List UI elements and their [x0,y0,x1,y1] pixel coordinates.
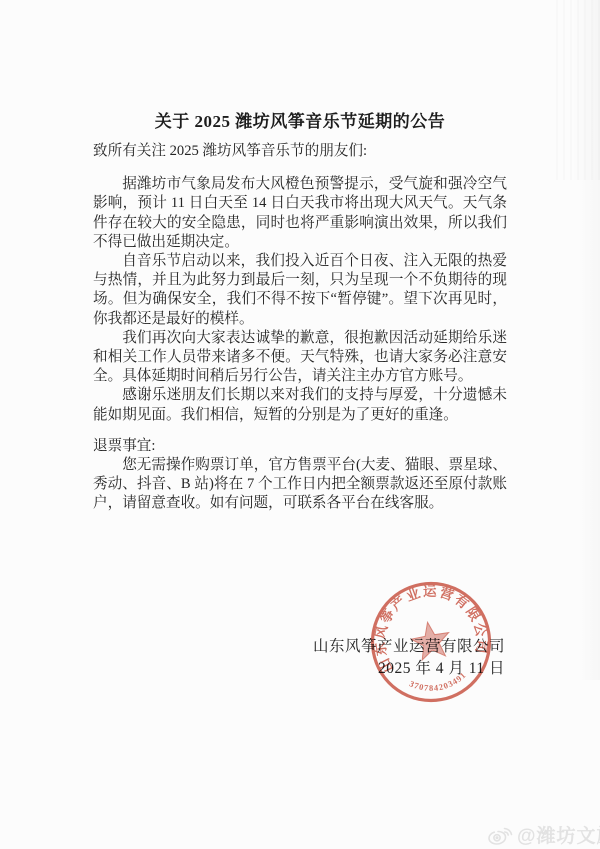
paragraph: 据潍坊市气象局发布大风橙色预警提示，受气旋和强冷空气影响，预计 11 日白天至 … [93,175,507,252]
refund-body: 您无需操作购票订单，官方售票平台(大麦、猫眼、票星球、秀动、抖音、B 站)将在 … [93,456,507,514]
document-title: 关于 2025 潍坊风筝音乐节延期的公告 [0,107,600,132]
paragraph: 我们再次向大家表达诚挚的歉意，很抱歉因活动延期给乐迷和相关工作人员带来诸多不便。… [93,329,507,387]
scanned-document-page: 关于 2025 潍坊风筝音乐节延期的公告 致所有关注 2025 潍坊风筝音乐节的… [0,0,600,849]
watermark-handle: @潍坊文旅 [517,821,600,848]
refund-heading: 退票事宜: [93,437,507,456]
paragraph: 自音乐节启动以来，我们投入近百个日夜、注入无限的热爱与热情，并且为此努力到最后一… [93,252,507,329]
salutation: 致所有关注 2025 潍坊风筝音乐节的朋友们: [93,142,507,161]
watermark: @潍坊文旅 [487,821,600,848]
scan-noise-right [580,180,600,680]
scan-noise-top-right [554,0,600,180]
signature-company: 山东风筝产业运营有限公司 [313,636,505,658]
weibo-icon [487,823,514,846]
paragraph: 感谢乐迷朋友们长期以来对我们的支持与厚爱，十分遗憾未能如期见面。我们相信，短暂的… [93,386,507,424]
signature-block: 山东风筝产业运营有限公司 2025 年 4 月 11 日 [313,636,505,679]
signature-date: 2025 年 4 月 11 日 [313,658,505,680]
document-body: 致所有关注 2025 潍坊风筝音乐节的朋友们: 据潍坊市气象局发布大风橙色预警提… [93,142,507,514]
